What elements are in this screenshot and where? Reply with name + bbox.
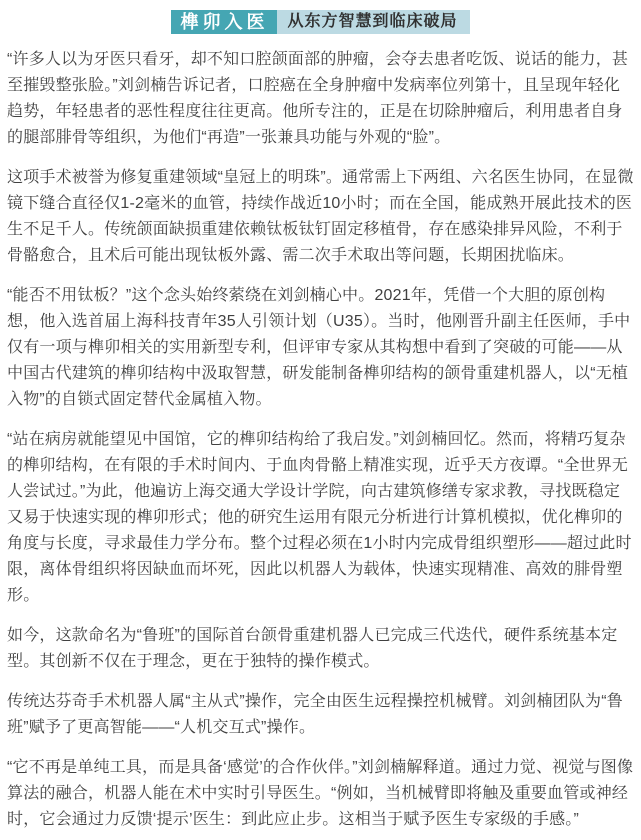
- paragraph-2: 这项手术被誉为修复重建领域“皇冠上的明珠”。通常需上下两组、六名医生协同，在显微…: [7, 165, 634, 269]
- paragraph-5: 如今，这款命名为“鲁班”的国际首台颌骨重建机器人已完成三代迭代，硬件系统基本定型…: [7, 623, 634, 675]
- paragraph-6: 传统达芬奇手术机器人属“主从式”操作，完全由医生远程操控机械臂。刘剑楠团队为“鲁…: [7, 689, 634, 741]
- header-tag-badge: 榫卯入医: [171, 10, 277, 34]
- paragraph-4: “站在病房就能望见中国馆，它的榫卯结构给了我启发。”刘剑楠回忆。然而，将精巧复杂…: [7, 427, 634, 609]
- article-body: “许多人以为牙医只看牙，却不知口腔颌面部的肿瘤，会夺去患者吃饭、说话的能力，甚至…: [0, 34, 641, 833]
- paragraph-7: “它不再是单纯工具，而是具备‘感觉’的合作伙伴。”刘剑楠解释道。通过力觉、视觉与…: [7, 755, 634, 833]
- header-title: 从东方智慧到临床破局: [277, 10, 469, 34]
- article-header: 榫卯入医 从东方智慧到临床破局: [0, 10, 641, 34]
- paragraph-1: “许多人以为牙医只看牙，却不知口腔颌面部的肿瘤，会夺去患者吃饭、说话的能力，甚至…: [7, 47, 634, 151]
- paragraph-3: “能否不用钛板？”这个念头始终萦绕在刘剑楠心中。2021年，凭借一个大胆的原创构…: [7, 283, 634, 413]
